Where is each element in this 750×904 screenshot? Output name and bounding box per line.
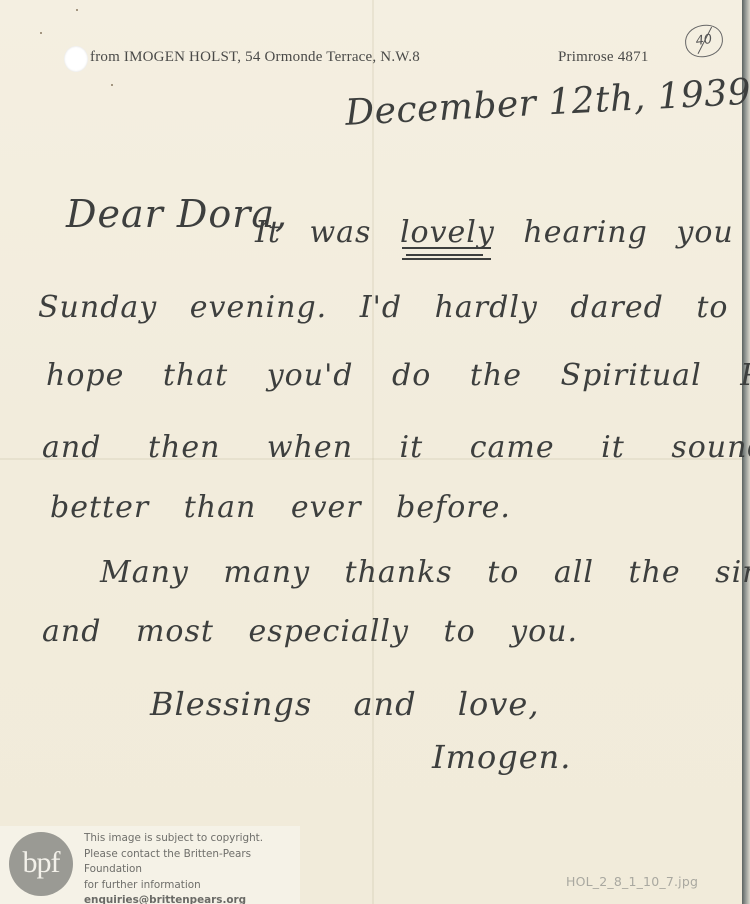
letter-line-1: It was lovely hearing you on	[255, 215, 750, 250]
letter-closing: Blessings and love,	[150, 685, 539, 723]
copyright-line: This image is subject to copyright.	[84, 831, 304, 847]
contact-line: Please contact the Britten-Pears Foundat…	[84, 847, 304, 878]
letter-line-6: Many many thanks to all the singers	[100, 555, 750, 590]
bpf-logo: bpf	[9, 832, 73, 896]
letter-line-3: hope that you'd do the Spiritual Pilgrim…	[46, 358, 750, 393]
info-line: for further information	[84, 878, 304, 894]
letter-line-5: better than ever before.	[50, 490, 511, 525]
contact-email-link[interactable]: enquiries@brittenpears.org	[84, 893, 304, 904]
punch-hole	[64, 46, 88, 72]
letter-line-2: Sunday evening. I'd hardly dared to	[38, 290, 728, 325]
text-fragment: It was	[255, 215, 371, 250]
image-filename: HOL_2_8_1_10_7.jpg	[566, 874, 698, 889]
copyright-notice: This image is subject to copyright. Plea…	[84, 831, 304, 904]
paper-speck	[111, 84, 113, 86]
letter-signature: Imogen.	[432, 738, 571, 776]
text-fragment: hearing you on	[523, 215, 750, 250]
letterhead-phone: Primrose 4871	[558, 49, 649, 66]
paper-speck	[40, 32, 42, 34]
letter-line-7: and most especially to you.	[42, 614, 578, 649]
letterhead: from IMOGEN HOLST, 54 Ormonde Terrace, N…	[90, 49, 690, 66]
letterhead-sender: from IMOGEN HOLST, 54 Ormonde Terrace, N…	[90, 49, 420, 65]
underlined-word: lovely	[400, 215, 495, 250]
paper-speck	[76, 9, 78, 11]
letter-line-4: and then when it came it sounded	[42, 430, 750, 465]
